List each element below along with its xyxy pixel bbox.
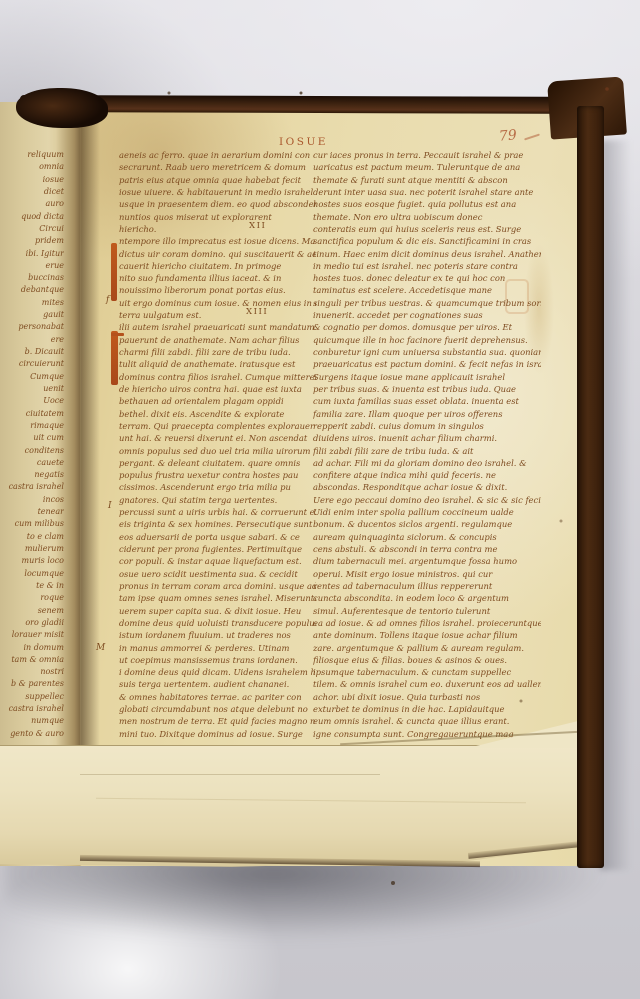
text-line: Cumque [2, 371, 64, 383]
text-line: erue [2, 260, 64, 272]
text-line: cauete [2, 457, 64, 469]
text-line: uit cum [2, 432, 64, 444]
marginal-letter-m: M [96, 643, 105, 653]
text-line: te & in [2, 580, 64, 592]
marginal-letter-i: I [108, 501, 112, 511]
text-line: zare. argentumque & pallium & auream reg… [313, 642, 541, 654]
text-line: Uoce [2, 395, 64, 407]
leather-binding-right [577, 106, 604, 868]
text-line: nito suo fundamenta illius iaceat. & in [119, 272, 316, 284]
text-line: b. Dicauit [2, 346, 64, 358]
text-line: iosue [2, 174, 64, 186]
manuscript-photo: reliquumomniaiosuedicetauroquod dictaCir… [0, 0, 640, 999]
text-line: negatis [2, 469, 64, 481]
text-line: rentes ad tabernaculum illius reppererun… [313, 580, 541, 592]
text-line: uaricatus est pactum meum. Tuleruntque d… [313, 161, 541, 173]
text-line: gnatores. Qui statim terga uertentes. [119, 494, 316, 506]
text-line: percussi sunt a uiris urbis hai. & corru… [119, 506, 316, 518]
text-line: ntempore illo imprecatus est iosue dicen… [119, 235, 316, 247]
text-line: mites [2, 297, 64, 309]
dust-specks [0, 0, 2, 2]
text-line: exturbet te dominus in die hac. Lapidaui… [313, 703, 541, 715]
text-line: filii zabdi filii zare de tribu iuda. & … [313, 445, 541, 457]
text-line: cissimos. Ascenderunt ergo tria milia pu [119, 481, 316, 493]
text-line: buccinas [2, 272, 64, 284]
text-line: sanctifica populum & dic eis. Sanctifica… [313, 235, 541, 247]
text-line: osue uero scidit uestimenta sua. & cecid… [119, 568, 316, 580]
text-line: locumque [2, 568, 64, 580]
text-line: Circui [2, 223, 64, 235]
text-line: cur iaces pronus in terra. Peccauit isra… [313, 149, 541, 161]
text-line: aeneis ac ferro. quae in aerarium domini… [119, 149, 316, 161]
text-line: hiericho. [119, 223, 316, 235]
text-line: tilem. & omnis israhel cum eo. duxerunt … [313, 678, 541, 690]
text-line: ciderunt per prona fugientes. Pertimuitq… [119, 543, 316, 555]
text-line: conburetur igni cum uniuersa substantia … [313, 346, 541, 358]
text-line: mulierum [2, 543, 64, 555]
text-line: operui. Misit ergo iosue ministros. qui … [313, 568, 541, 580]
text-line: cuncta abscondita. in eodem loco & argen… [313, 592, 541, 604]
text-line: dium tabernaculi mei. argentumque fossa … [313, 555, 541, 567]
text-line: iosue uiuere. & habitauerunt in medio is… [119, 186, 316, 198]
facing-page-text-fragments: reliquumomniaiosuedicetauroquod dictaCir… [2, 149, 64, 740]
text-line: conditens [2, 445, 64, 457]
text-line: secrarunt. Raab uero meretricem & domum [119, 161, 316, 173]
text-line: praeuaricatus est pactum domini. & fecit… [313, 358, 541, 370]
text-line: personabat [2, 321, 64, 333]
text-line: tinum. Haec enim dicit dominus deus isra… [313, 248, 541, 260]
text-line: terram. Qui praecepta complentes explora… [119, 420, 316, 432]
text-line: auro [2, 198, 64, 210]
text-line: pergant. & deleant ciuitatem. quare omni… [119, 457, 316, 469]
text-line: roque [2, 592, 64, 604]
text-line: ciuitatem [2, 408, 64, 420]
text-line: ante dominum. Tollens itaque iosue achar… [313, 629, 541, 641]
text-line: ad achar. Fili mi da gloriam domino deo … [313, 457, 541, 469]
text-line: filiosque eius & filias. boues & asinos … [313, 654, 541, 666]
text-line: omnia [2, 161, 64, 173]
text-line: bethel. dixit eis. Ascendite & explorate [119, 408, 316, 420]
text-line: tam & omnia [2, 654, 64, 666]
text-line: domine deus quid uoluisti transducere po… [119, 617, 316, 629]
text-line: bethauen ad orientalem plagam oppidi [119, 395, 316, 407]
text-line: uerem super capita sua. & dixit iosue. H… [119, 605, 316, 617]
text-line: to e clam [2, 531, 64, 543]
text-line: in domum [2, 642, 64, 654]
text-line: reliquum [2, 149, 64, 161]
folio-number: 79 [498, 127, 517, 144]
text-line: bonum. & ducentos siclos argenti. regula… [313, 518, 541, 530]
leather-binding-top [20, 95, 620, 114]
chapter-numeral-xiii: XIII [246, 307, 268, 317]
text-line: in medio tui est israhel. nec poteris st… [313, 260, 541, 272]
text-line: senem [2, 605, 64, 617]
text-line: cor populi. & instar aquae liquefactum e… [119, 555, 316, 567]
text-line: quicumque ille in hoc facinore fuerit de… [313, 334, 541, 346]
text-line: themate & furati sunt atque mentiti & ab… [313, 174, 541, 186]
text-line: oro gladii [2, 617, 64, 629]
text-line: ut coepimus mansissemus trans iordanen. [119, 654, 316, 666]
text-line: tenear [2, 506, 64, 518]
running-title: IOSUE [279, 136, 328, 148]
text-line: b & parentes [2, 678, 64, 690]
text-line: eum omnis israhel. & cuncta quae illius … [313, 715, 541, 727]
text-line: ere [2, 334, 64, 346]
text-line: cauerit hiericho ciuitatem. In primoge [119, 260, 316, 272]
text-line: familia zare. Illam quoque per uiros off… [313, 408, 541, 420]
text-line: hostes suos eosque fugiet. quia pollutus… [313, 198, 541, 210]
chapter-numeral-xii: XII [249, 221, 266, 231]
text-line: usque in praesentem diem. eo quod abscon… [119, 198, 316, 210]
text-line: muris loco [2, 555, 64, 567]
text-line: repperit zabdi. cuius domum in singulos [313, 420, 541, 432]
text-line: pridem [2, 235, 64, 247]
text-line: cum milibus [2, 518, 64, 530]
text-line: circuierunt [2, 358, 64, 370]
text-line: auream quinquaginta siclorum. & concupis [313, 531, 541, 543]
text-line: eos aduersarii de porta usque sabari. & … [119, 531, 316, 543]
text-line: charmi filii zabdi. filii zare de tribu … [119, 346, 316, 358]
text-line: inuenerit. accedet per cognationes suas [313, 309, 541, 321]
text-line: ipsumque tabernaculum. & cunctam suppell… [313, 666, 541, 678]
text-line: mini tuo. Dixitque dominus ad iosue. Sur… [119, 728, 316, 740]
text-line: per tribus suas. & inuenta est tribus iu… [313, 383, 541, 395]
text-line: rimaque [2, 420, 64, 432]
text-line: ilii autem israhel praeuaricati sunt man… [119, 321, 316, 333]
text-line: uenit [2, 383, 64, 395]
text-line: i domine deus quid dicam. Uidens israhel… [119, 666, 316, 678]
text-line: themate. Non ero ultra uobiscum donec [313, 211, 541, 223]
text-line: in manus ammorrei & perderes. Utinam [119, 642, 316, 654]
text-line: tam ipse quam omnes senes israhel. Miser… [119, 592, 316, 604]
text-line: confitere atque indica mihi quid feceris… [313, 469, 541, 481]
text-line: diuidens uiros. inuenit achar filium cha… [313, 432, 541, 444]
text-line: derunt inter uasa sua. nec poterit israh… [313, 186, 541, 198]
text-line: dictus uir coram domino. qui suscitaueri… [119, 248, 316, 260]
red-initial-f: F [111, 331, 118, 385]
text-line: achor. ubi dixit iosue. Quia turbasti no… [313, 691, 541, 703]
text-line: nostri [2, 666, 64, 678]
text-line: quod dicta [2, 211, 64, 223]
text-line: suppellec [2, 691, 64, 703]
text-line: debantque [2, 284, 64, 296]
text-line: dominus contra filios israhel. Cumque mi… [119, 371, 316, 383]
text-line: cum iuxta familias suas esset oblata. in… [313, 395, 541, 407]
text-line: gento & auro [2, 728, 64, 740]
book-side-shadow [600, 140, 634, 870]
text-line: terra uulgatum est. [119, 309, 316, 321]
text-line: castra israhel [2, 703, 64, 715]
text-line: uit ergo dominus cum iosue. & nomen eius… [119, 297, 316, 309]
text-line: Uere ego peccaui domino deo israhel. & s… [313, 494, 541, 506]
fold-crease [80, 774, 380, 775]
text-line: hostes tuos. donec deleatur ex te qui ho… [313, 272, 541, 284]
text-line: castra israhel [2, 481, 64, 493]
text-line: & omnes habitatores terrae. ac pariter c… [119, 691, 316, 703]
left-text-column: aeneis ac ferro. quae in aerarium domini… [119, 149, 316, 741]
text-line: pronus in terram coram arca domini. usqu… [119, 580, 316, 592]
text-line: populus frustra uexetur contra hostes pa… [119, 469, 316, 481]
text-line: tulit aliquid de anathemate. iratusque e… [119, 358, 316, 370]
text-line: singuli per tribus uestras. & quamcumque… [313, 297, 541, 309]
marginal-letter-f: f [106, 295, 109, 305]
text-line: istum iordanem fluuium. ut traderes nos [119, 629, 316, 641]
text-line: patris eius atque omnia quae habebat fec… [119, 174, 316, 186]
text-line: nuntios quos miserat ut explorarent [119, 211, 316, 223]
text-line: abscondas. Responditque achar iosue & di… [313, 481, 541, 493]
text-line: pauerunt de anathemate. Nam achar filius [119, 334, 316, 346]
text-line: taminatus est scelere. Accedetisque mane [313, 284, 541, 296]
text-line: lorauer misit [2, 629, 64, 641]
text-line: ea ad iosue. & ad omnes filios israhel. … [313, 617, 541, 629]
text-line: simul. Auferentesque de tentorio tulerun… [313, 605, 541, 617]
right-text-column: cur iaces pronus in terra. Peccauit isra… [313, 149, 541, 741]
text-line: cens abstuli. & abscondi in terra contra… [313, 543, 541, 555]
text-line: & cognatio per domos. domusque per uiros… [313, 321, 541, 333]
text-line: numque [2, 715, 64, 727]
text-line: suis terga uertentem. audient chananei. [119, 678, 316, 690]
text-line: Uidi enim inter spolia pallium coccineum… [313, 506, 541, 518]
red-initial-f-arm [111, 333, 124, 336]
text-line: unt hai. & reuersi dixerunt ei. Non asce… [119, 432, 316, 444]
text-line: globati circumdabunt nos atque delebunt … [119, 703, 316, 715]
red-initial-i: I [111, 243, 117, 301]
text-line: ibi. Igitur [2, 248, 64, 260]
text-line: Surgens itaque iosue mane applicauit isr… [313, 371, 541, 383]
text-line: dicet [2, 186, 64, 198]
text-line: nouissimo liberorum ponat portas eius. [119, 284, 316, 296]
text-line: conteratis eum qui huius sceleris reus e… [313, 223, 541, 235]
text-line: de hiericho uiros contra hai. quae est i… [119, 383, 316, 395]
leather-spine-cap [16, 88, 108, 128]
text-line: omnis populus sed duo uel tria milia uir… [119, 445, 316, 457]
text-line: incos [2, 494, 64, 506]
text-line: gauit [2, 309, 64, 321]
text-line: eis triginta & sex homines. Persecutique… [119, 518, 316, 530]
text-line: men nostrum de terra. Et quid facies mag… [119, 715, 316, 727]
